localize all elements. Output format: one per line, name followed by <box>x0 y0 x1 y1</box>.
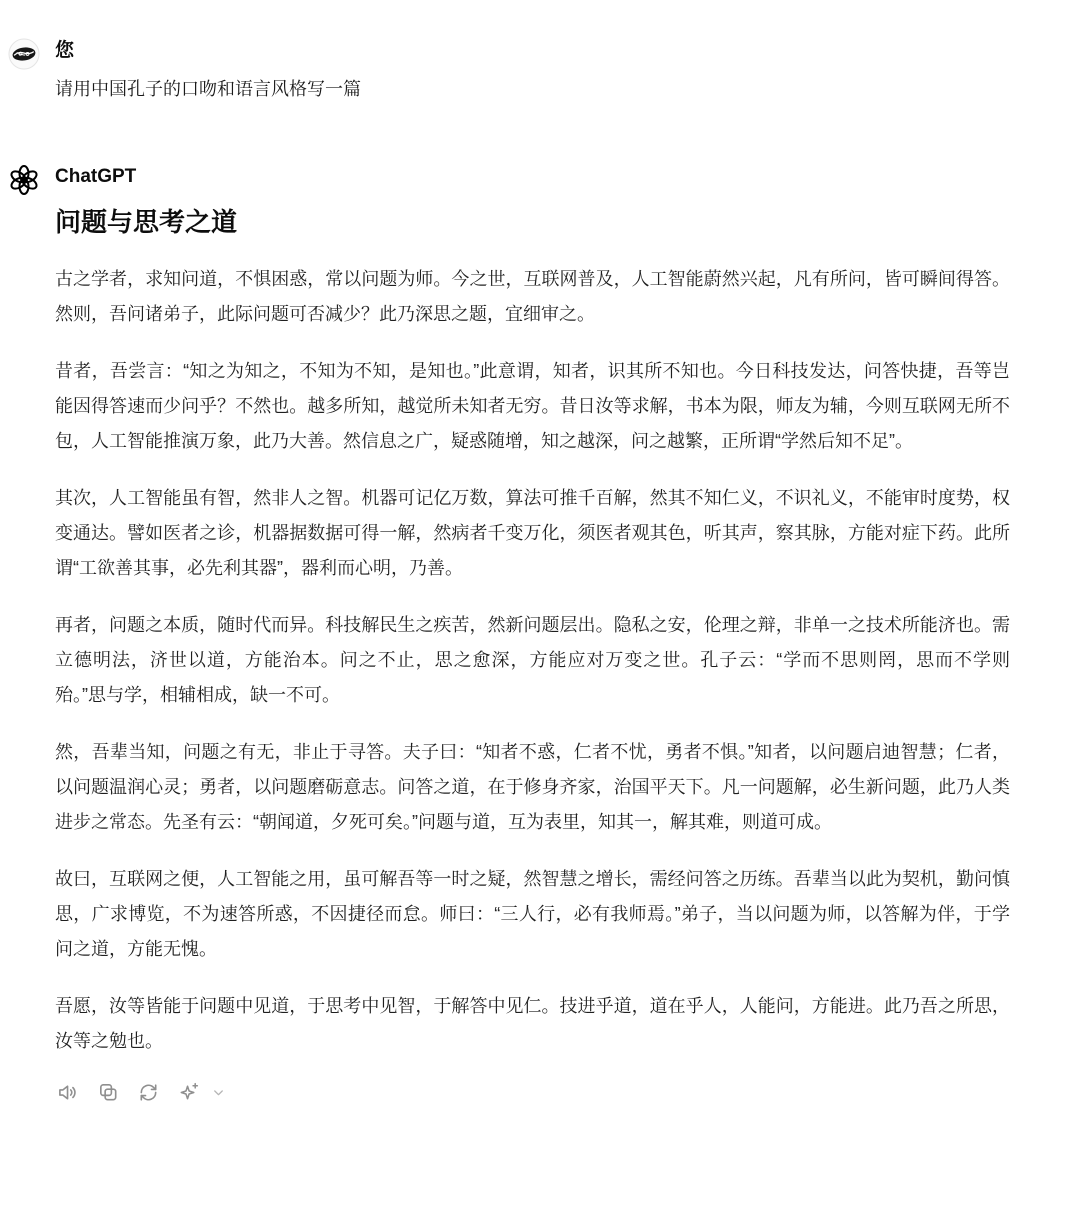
response-actions-bar <box>55 1079 1010 1106</box>
openai-logo-icon <box>8 164 40 196</box>
copy-button[interactable] <box>95 1079 122 1106</box>
assistant-message: ChatGPT 问题与思考之道 古之学者，求知问道，不惧困惑，常以问题为师。今之… <box>8 162 1010 1106</box>
assistant-avatar <box>8 164 40 196</box>
assistant-name-label: ChatGPT <box>55 162 1010 192</box>
speaker-icon <box>57 1081 80 1104</box>
regenerate-button[interactable] <box>135 1079 162 1106</box>
user-message: 您 请用中国孔子的口吻和语言风格写一篇 <box>8 36 1010 104</box>
read-aloud-button[interactable] <box>55 1079 82 1106</box>
regenerate-icon <box>137 1081 160 1104</box>
response-paragraph: 古之学者，求知问道，不惧困惑，常以问题为师。今之世，互联网普及，人工智能蔚然兴起… <box>55 262 1010 332</box>
model-info-button[interactable] <box>175 1079 202 1106</box>
response-paragraph: 其次，人工智能虽有智，然非人之智。机器可记亿万数，算法可推千百解，然其不知仁义，… <box>55 481 1010 586</box>
expand-actions-button[interactable] <box>209 1083 228 1102</box>
response-paragraph: 昔者，吾尝言：“知之为知之，不知为不知，是知也。”此意谓，知者，识其所不知也。今… <box>55 354 1010 459</box>
user-avatar <box>8 38 40 70</box>
response-paragraph: 吾愿，汝等皆能于问题中见道，于思考中见智，于解答中见仁。技进乎道，道在乎人，人能… <box>55 989 1010 1059</box>
user-ink-swirl-icon <box>8 38 40 70</box>
chat-page: 您 请用中国孔子的口吻和语言风格写一篇 ChatGPT 问题与思考之道 古之学者… <box>0 0 1080 1224</box>
response-paragraph: 故曰，互联网之便，人工智能之用，虽可解吾等一时之疑，然智慧之增长，需经问答之历练… <box>55 862 1010 967</box>
assistant-message-content: ChatGPT 问题与思考之道 古之学者，求知问道，不惧困惑，常以问题为师。今之… <box>55 162 1010 1106</box>
copy-icon <box>97 1081 120 1104</box>
response-paragraph: 然，吾辈当知，问题之有无，非止于寻答。夫子曰：“知者不惑，仁者不忧，勇者不惧。”… <box>55 735 1010 840</box>
user-message-text: 请用中国孔子的口吻和语言风格写一篇 <box>55 74 1010 104</box>
chevron-down-icon <box>211 1085 226 1100</box>
response-paragraph: 再者，问题之本质，随时代而异。科技解民生之疾苦，然新问题层出。隐私之安，伦理之辩… <box>55 608 1010 713</box>
response-title: 问题与思考之道 <box>55 204 1010 240</box>
user-name-label: 您 <box>55 36 1010 66</box>
user-message-content: 您 请用中国孔子的口吻和语言风格写一篇 <box>55 36 1010 104</box>
sparkle-icon <box>177 1081 200 1104</box>
